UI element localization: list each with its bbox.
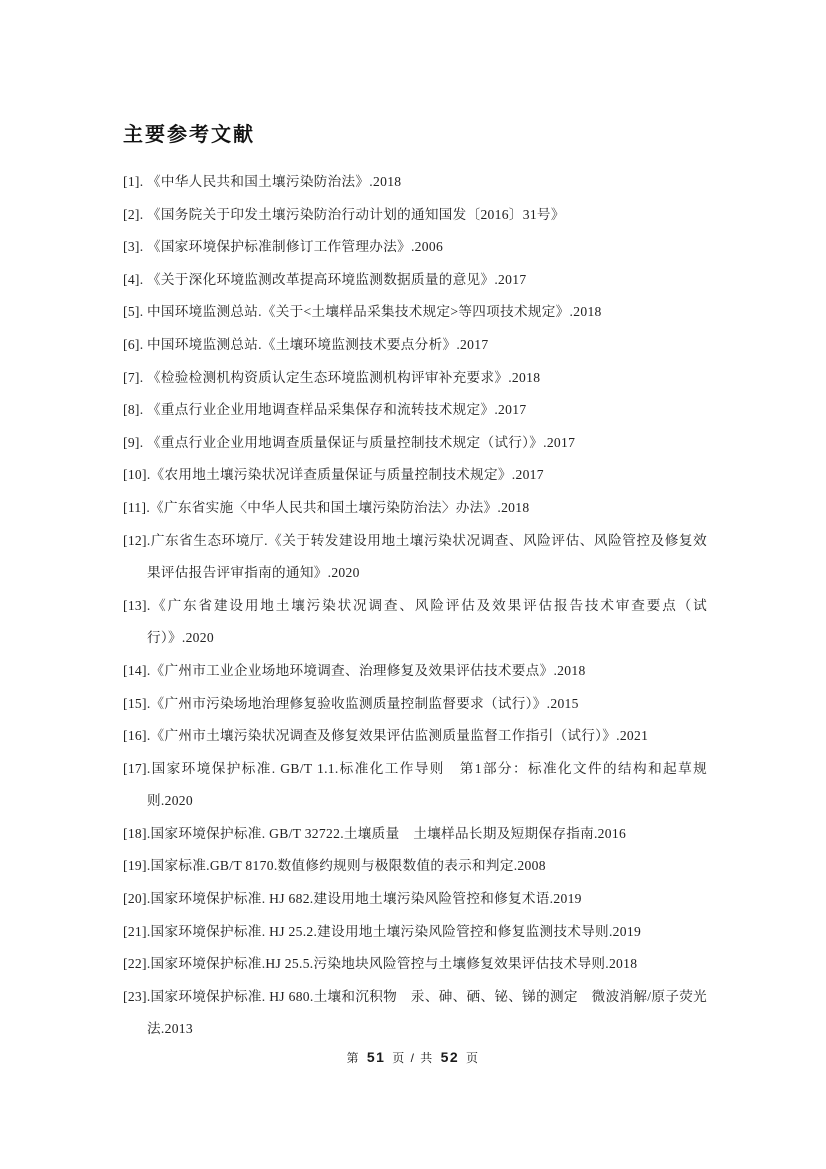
reference-number: [6]. (123, 329, 147, 362)
reference-text: 《重点行业企业用地调查质量保证与质量控制技术规定（试行）》.2017 (147, 435, 575, 450)
reference-number: [2]. (123, 199, 147, 232)
reference-number: [21]. (123, 916, 151, 949)
reference-item: [21].国家环境保护标准. HJ 25.2.建设用地土壤污染风险管控和修复监测… (123, 916, 707, 949)
reference-item: [15].《广州市污染场地治理修复验收监测质量控制监督要求（试行）》.2015 (123, 688, 707, 721)
total-page-count: 52 (441, 1049, 460, 1065)
reference-item: [22].国家环境保护标准.HJ 25.5.污染地块风险管控与土壤修复效果评估技… (123, 948, 707, 981)
reference-text: 《农用地土壤污染状况详查质量保证与质量控制技术规定》.2017 (151, 467, 544, 482)
reference-item: [3].《国家环境保护标准制修订工作管理办法》.2006 (123, 231, 707, 264)
reference-number: [13]. (123, 590, 151, 623)
reference-item: [16].《广州市土壤污染状况调查及修复效果评估监测质量监督工作指引（试行）》.… (123, 720, 707, 753)
reference-text: 《重点行业企业用地调查样品采集保存和流转技术规定》.2017 (147, 402, 526, 417)
reference-text: 《国务院关于印发土壤污染防治行动计划的通知国发〔2016〕31号》 (147, 207, 565, 222)
reference-number: [18]. (123, 818, 151, 851)
reference-number: [22]. (123, 948, 151, 981)
reference-number: [12]. (123, 525, 151, 558)
document-page: 主要参考文献 [1].《中华人民共和国土壤污染防治法》.2018[2].《国务院… (0, 0, 826, 1169)
reference-text: 《广州市工业企业场地环境调查、治理修复及效果评估技术要点》.2018 (151, 663, 586, 678)
reference-text: 国家环境保护标准. GB/T 32722.土壤质量 土壤样品长期及短期保存指南.… (151, 826, 627, 841)
reference-item: [18].国家环境保护标准. GB/T 32722.土壤质量 土壤样品长期及短期… (123, 818, 707, 851)
reference-item: [2].《国务院关于印发土壤污染防治行动计划的通知国发〔2016〕31号》 (123, 199, 707, 232)
reference-item: [13].《广东省建设用地土壤污染状况调查、风险评估及效果评估报告技术审查要点（… (123, 590, 707, 655)
reference-list: [1].《中华人民共和国土壤污染防治法》.2018[2].《国务院关于印发土壤污… (123, 166, 707, 1046)
current-page-number: 51 (367, 1049, 386, 1065)
reference-number: [1]. (123, 166, 147, 199)
reference-item: [6].中国环境监测总站.《土壤环境监测技术要点分析》.2017 (123, 329, 707, 362)
reference-number: [8]. (123, 394, 147, 427)
reference-number: [14]. (123, 655, 151, 688)
footer-label-of: 页 / 共 (392, 1051, 434, 1065)
reference-text: 中国环境监测总站.《土壤环境监测技术要点分析》.2017 (147, 337, 488, 352)
reference-text: 《中华人民共和国土壤污染防治法》.2018 (147, 174, 401, 189)
reference-text: 中国环境监测总站.《关于<土壤样品采集技术规定>等四项技术规定》.2018 (147, 304, 602, 319)
footer-label-page: 第 (346, 1051, 360, 1065)
reference-item: [8].《重点行业企业用地调查样品采集保存和流转技术规定》.2017 (123, 394, 707, 427)
reference-text: 国家环境保护标准.HJ 25.5.污染地块风险管控与土壤修复效果评估技术导则.2… (151, 956, 638, 971)
reference-number: [17]. (123, 753, 151, 786)
page-title: 主要参考文献 (123, 118, 255, 147)
reference-text: 国家环境保护标准. GB/T 1.1.标准化工作导则 第1部分：标准化文件的结构… (147, 761, 707, 809)
reference-number: [9]. (123, 427, 147, 460)
reference-item: [17].国家环境保护标准. GB/T 1.1.标准化工作导则 第1部分：标准化… (123, 753, 707, 818)
reference-item: [9].《重点行业企业用地调查质量保证与质量控制技术规定（试行）》.2017 (123, 427, 707, 460)
reference-text: 国家环境保护标准. HJ 682.建设用地土壤污染风险管控和修复术语.2019 (151, 891, 582, 906)
reference-text: 国家环境保护标准. HJ 680.土壤和沉积物 汞、砷、硒、铋、锑的测定 微波消… (147, 989, 707, 1037)
reference-text: 国家标准.GB/T 8170.数值修约规则与极限数值的表示和判定.2008 (151, 858, 546, 873)
reference-number: [23]. (123, 981, 151, 1014)
reference-item: [5].中国环境监测总站.《关于<土壤样品采集技术规定>等四项技术规定》.201… (123, 296, 707, 329)
reference-number: [19]. (123, 850, 151, 883)
reference-item: [1].《中华人民共和国土壤污染防治法》.2018 (123, 166, 707, 199)
reference-text: 《国家环境保护标准制修订工作管理办法》.2006 (147, 239, 443, 254)
reference-number: [15]. (123, 688, 151, 721)
reference-number: [10]. (123, 459, 151, 492)
reference-text: 《检验检测机构资质认定生态环境监测机构评审补充要求》.2018 (147, 370, 540, 385)
reference-text: 《关于深化环境监测改革提高环境监测数据质量的意见》.2017 (147, 272, 526, 287)
reference-item: [4].《关于深化环境监测改革提高环境监测数据质量的意见》.2017 (123, 264, 707, 297)
reference-text: 《广东省建设用地土壤污染状况调查、风险评估及效果评估报告技术审查要点（试行）》.… (147, 598, 707, 646)
reference-item: [7].《检验检测机构资质认定生态环境监测机构评审补充要求》.2018 (123, 362, 707, 395)
reference-item: [14].《广州市工业企业场地环境调查、治理修复及效果评估技术要点》.2018 (123, 655, 707, 688)
footer-label-pages: 页 (466, 1051, 480, 1065)
reference-text: 《广东省实施〈中华人民共和国土壤污染防治法〉办法》.2018 (150, 500, 529, 515)
reference-number: [4]. (123, 264, 147, 297)
reference-item: [12].广东省生态环境厅.《关于转发建设用地土壤污染状况调查、风险评估、风险管… (123, 525, 707, 590)
reference-text: 《广州市土壤污染状况调查及修复效果评估监测质量监督工作指引（试行）》.2021 (151, 728, 649, 743)
reference-number: [5]. (123, 296, 147, 329)
reference-number: [11]. (123, 492, 150, 525)
reference-text: 广东省生态环境厅.《关于转发建设用地土壤污染状况调查、风险评估、风险管控及修复效… (147, 533, 707, 581)
reference-item: [23].国家环境保护标准. HJ 680.土壤和沉积物 汞、砷、硒、铋、锑的测… (123, 981, 707, 1046)
page-footer: 第 51 页 / 共 52 页 (0, 1049, 826, 1066)
reference-number: [3]. (123, 231, 147, 264)
reference-number: [20]. (123, 883, 151, 916)
reference-item: [20].国家环境保护标准. HJ 682.建设用地土壤污染风险管控和修复术语.… (123, 883, 707, 916)
reference-item: [10].《农用地土壤污染状况详查质量保证与质量控制技术规定》.2017 (123, 459, 707, 492)
reference-text: 国家环境保护标准. HJ 25.2.建设用地土壤污染风险管控和修复监测技术导则.… (151, 924, 642, 939)
reference-item: [19].国家标准.GB/T 8170.数值修约规则与极限数值的表示和判定.20… (123, 850, 707, 883)
reference-item: [11].《广东省实施〈中华人民共和国土壤污染防治法〉办法》.2018 (123, 492, 707, 525)
reference-text: 《广州市污染场地治理修复验收监测质量控制监督要求（试行）》.2015 (151, 696, 579, 711)
reference-number: [16]. (123, 720, 151, 753)
reference-number: [7]. (123, 362, 147, 395)
